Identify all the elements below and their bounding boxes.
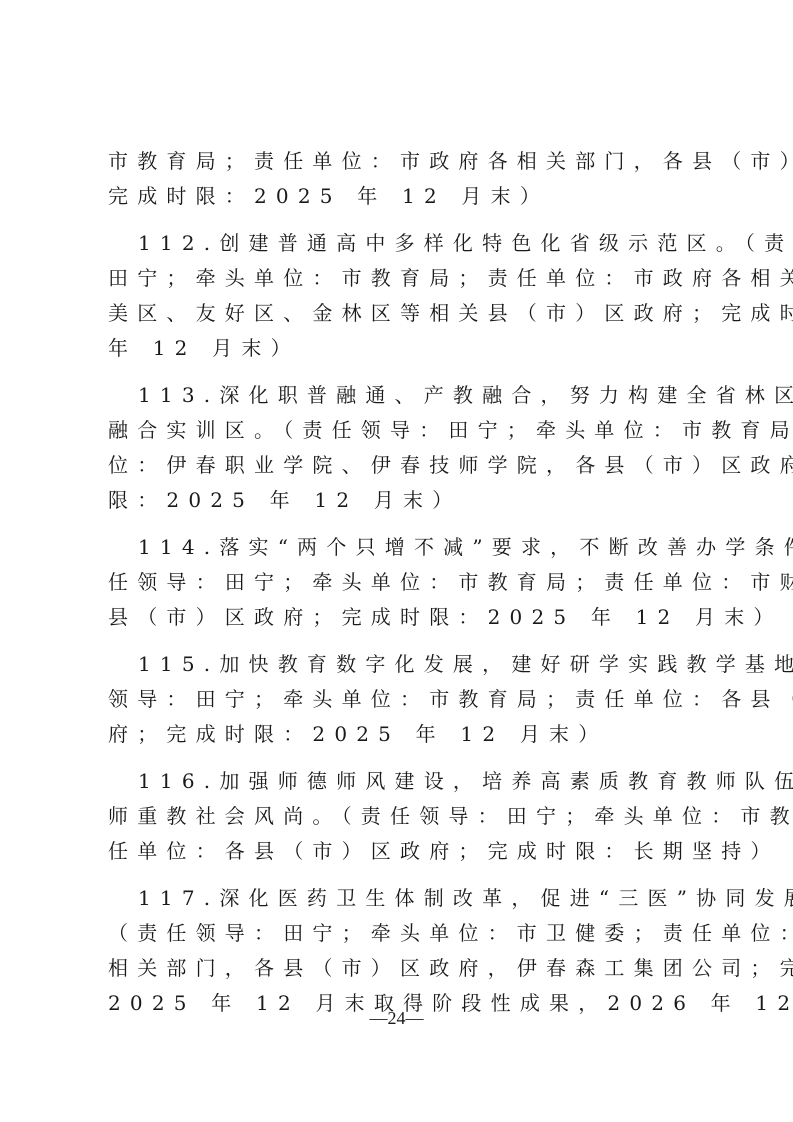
- text-line: （责任领导：田宁；牵头单位：市卫健委；责任单位：市政府各: [108, 915, 793, 951]
- text-line: 田宁；牵头单位：市教育局；责任单位：市政府各相关部门，伊: [108, 260, 793, 296]
- item-116-heading: 116.加强师德师风建设，培养高素质教育教师队伍，弘扬尊: [138, 763, 793, 799]
- text-line: 师重教社会风尚。（责任领导：田宁；牵头单位：市教育局；责: [108, 798, 793, 834]
- text-line: 府；完成时限：2025 年 12 月末）: [108, 716, 607, 752]
- page-number: —24—: [0, 1008, 793, 1029]
- text-line: 限：2025 年 12 月末）: [108, 482, 461, 518]
- item-113-heading: 113.深化职普融通、产教融合，努力构建全省林区经济产教: [138, 377, 793, 413]
- item-114-heading: 114.落实“两个只增不减”要求，不断改善办学条件。（责: [138, 529, 793, 565]
- text-line: 领导：田宁；牵头单位：市教育局；责任单位：各县（市）区政: [108, 681, 793, 717]
- item-115-heading: 115.加快教育数字化发展，建好研学实践教学基地。（责任: [138, 646, 793, 682]
- text-line: 美区、友好区、金林区等相关县（市）区政府；完成时限：2025: [108, 295, 793, 331]
- text-line: 任单位：各县（市）区政府；完成时限：长期坚持）: [108, 833, 780, 869]
- text-line: 任领导：田宁；牵头单位：市教育局；责任单位：市财政局，各: [108, 564, 793, 600]
- text-line: 完成时限：2025 年 12 月末）: [108, 178, 549, 214]
- item-117-heading: 117.深化医药卫生体制改革，促进“三医”协同发展和治理。: [138, 880, 793, 916]
- text-line: 相关部门，各县（市）区政府，伊春森工集团公司；完成时限：: [108, 950, 793, 986]
- text-line: 县（市）区政府；完成时限：2025 年 12 月末）: [108, 599, 783, 635]
- text-line: 位：伊春职业学院、伊春技师学院，各县（市）区政府；完成时: [108, 447, 793, 483]
- text-line: 年 12 月末）: [108, 330, 300, 366]
- item-112-heading: 112.创建普通高中多样化特色化省级示范区。（责任领导：: [138, 225, 793, 261]
- text-line: 市教育局；责任单位：市政府各相关部门，各县（市）区政府；: [108, 143, 793, 179]
- text-line: 融合实训区。（责任领导：田宁；牵头单位：市教育局；责任单: [108, 412, 793, 448]
